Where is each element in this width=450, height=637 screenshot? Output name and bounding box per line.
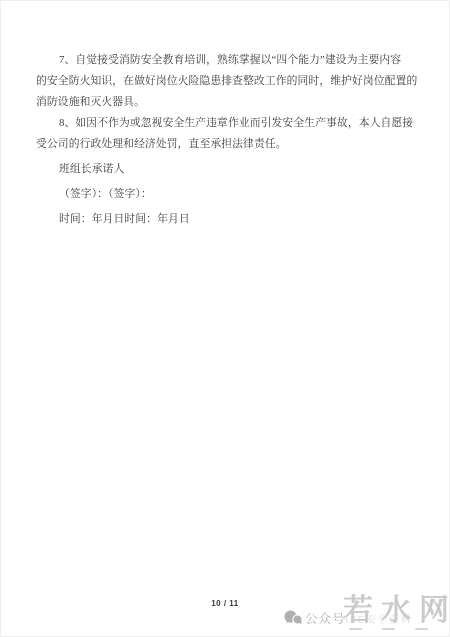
watermark-mark xyxy=(415,628,428,630)
paragraph-7: 7、自觉接受消防安全教育培训，熟练掌握以“四个能力”建设为主要内容 的安全防火知… xyxy=(36,50,416,113)
signature-line: （签字）：（签字）： xyxy=(36,184,416,205)
text-line: 消防设施和灭火器具。 xyxy=(36,92,416,113)
signature-block: 班组长承诺人 （签字）：（签字）： 时间：年月日时间：年月日 xyxy=(36,159,416,230)
chat-bubbles-icon xyxy=(283,610,303,631)
watermark-pinyin-marks xyxy=(349,628,450,630)
text-line: 受公司的行政处理和经济处罚，直至承担法律责任。 xyxy=(36,134,416,155)
text-line: 7、自觉接受消防安全教育培训，熟练掌握以“四个能力”建设为主要内容 xyxy=(36,50,416,71)
watermark: 公众号 HSE安全资料 若水网 xyxy=(281,595,450,637)
watermark-mark xyxy=(349,628,362,630)
watermark-site-name: 若水网 xyxy=(343,595,450,627)
text-line: 8、如因不作为或忽视安全生产违章作业而引发安全生产事故，本人自愿接 xyxy=(36,113,416,134)
signer-role-line: 班组长承诺人 xyxy=(36,159,416,180)
date-line: 时间：年月日时间：年月日 xyxy=(36,209,416,230)
text-line: 的安全防火知识，在做好岗位火险隐患排查整改工作的同时，维护好岗位配置的 xyxy=(36,71,416,92)
document-body: 7、自觉接受消防安全教育培训，熟练掌握以“四个能力”建设为主要内容 的安全防火知… xyxy=(36,50,416,230)
watermark-mark xyxy=(382,628,395,630)
document-page: 7、自觉接受消防安全教育培训，熟练掌握以“四个能力”建设为主要内容 的安全防火知… xyxy=(0,0,450,637)
watermark-account-label: 公众号 xyxy=(305,609,346,627)
paragraph-8: 8、如因不作为或忽视安全生产违章作业而引发安全生产事故，本人自愿接 受公司的行政… xyxy=(36,113,416,155)
